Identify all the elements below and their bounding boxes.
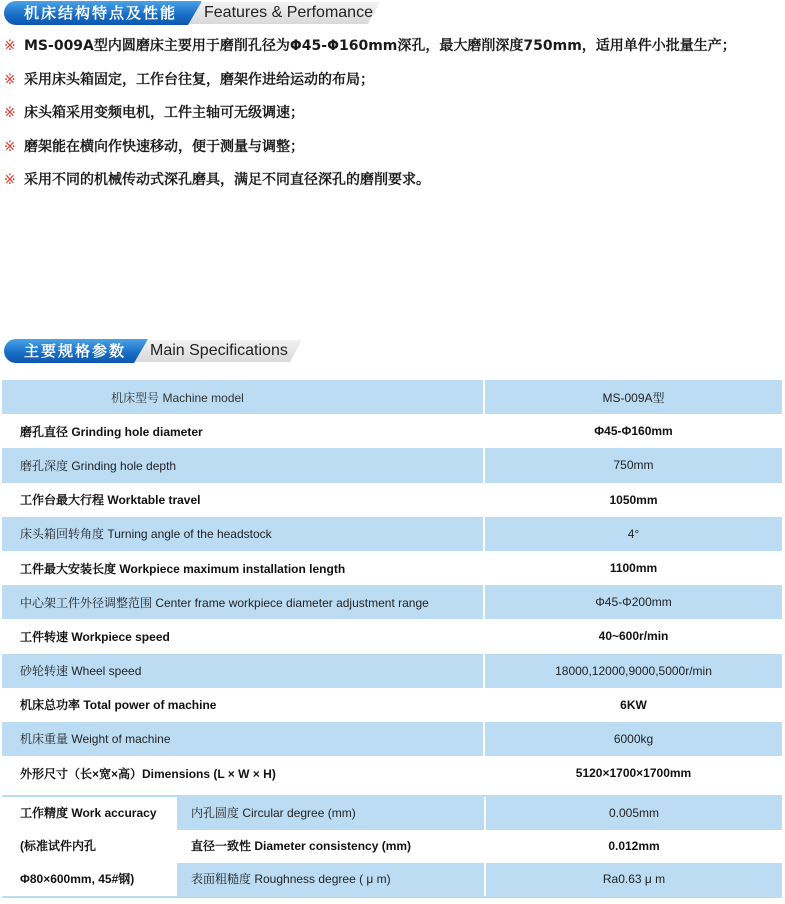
accuracy-rows: 内孔圆度 Circular degree (mm) 0.005mm 直径一致性 … (177, 797, 782, 896)
table-row: 机床总功率 Total power of machine 6KW (2, 688, 782, 722)
spec-value: 1050mm (484, 483, 782, 517)
accuracy-label: 表面粗糙度 Roughness degree ( μ m) (177, 863, 484, 896)
bullet-mark-icon: ※ (0, 35, 24, 57)
accuracy-value: Ra0.63 μ m (484, 863, 782, 896)
accuracy-value: 0.005mm (484, 797, 782, 830)
work-accuracy-label: 工作精度 Work accuracy (标准试件内孔 Φ80×600mm, 45… (2, 797, 177, 896)
features-list: ※ MS-009A型内圆磨床主要用于磨削孔径为Φ45-Φ160mm深孔，最大磨削… (0, 35, 785, 203)
accuracy-group-line: Φ80×600mm, 45#钢) (2, 863, 177, 896)
feature-text: 采用床头箱固定，工作台往复，磨架作进给运动的布局； (24, 69, 374, 91)
spec-label: 机床总功率 Total power of machine (2, 688, 484, 722)
features-title-en: Features & Perfomance (180, 2, 380, 24)
feature-item: ※ 采用不同的机械传动式深孔磨具，满足不同直径深孔的磨削要求。 (0, 169, 785, 203)
feature-text: 磨架能在横向作快速移动，便于测量与调整； (24, 136, 304, 158)
bullet-mark-icon: ※ (0, 169, 24, 191)
table-row: 直径一致性 Diameter consistency (mm) 0.012mm (177, 830, 782, 863)
spec-label: 砂轮转速 Wheel speed (2, 654, 484, 688)
features-section-header: Features & Perfomance 机床结构特点及性能 (0, 0, 400, 26)
spec-label: 磨孔直径 Grinding hole diameter (2, 414, 484, 448)
table-row: 内孔圆度 Circular degree (mm) 0.005mm (177, 797, 782, 830)
table-row: 工件转速 Workpiece speed 40~600r/min (2, 619, 782, 653)
spec-value: 1100mm (484, 551, 782, 585)
feature-text: 采用不同的机械传动式深孔磨具，满足不同直径深孔的磨削要求。 (24, 169, 430, 191)
specs-section-header: Main Specifications 主要规格参数 (0, 338, 400, 364)
accuracy-group-line: 工作精度 Work accuracy (2, 797, 177, 830)
specs-title-en: Main Specifications (126, 340, 302, 362)
spec-value: 18000,12000,9000,5000r/min (484, 654, 782, 688)
table-row: 工件最大安装长度 Workpiece maximum installation … (2, 551, 782, 585)
bullet-mark-icon: ※ (0, 136, 24, 158)
feature-item: ※ 床头箱采用变频电机，工件主轴可无级调速； (0, 102, 785, 136)
table-row: 砂轮转速 Wheel speed 18000,12000,9000,5000r/… (2, 654, 782, 688)
spec-value: Φ45-Φ200mm (484, 585, 782, 619)
accuracy-value: 0.012mm (484, 830, 782, 863)
spec-value: 4° (484, 517, 782, 551)
spec-value: 750mm (484, 448, 782, 482)
accuracy-label: 内孔圆度 Circular degree (mm) (177, 797, 484, 830)
feature-item: ※ 采用床头箱固定，工作台往复，磨架作进给运动的布局； (0, 69, 785, 103)
header-label: 机床型号 Machine model (2, 380, 484, 414)
spec-label: 床头箱回转角度 Turning angle of the headstock (2, 517, 484, 551)
spec-label: 外形尺寸（长×宽×高）Dimensions (L × W × H) (2, 756, 484, 790)
table-row: 磨孔深度 Grinding hole depth 750mm (2, 448, 782, 482)
table-row: 磨孔直径 Grinding hole diameter Φ45-Φ160mm (2, 414, 782, 448)
spec-label: 中心架工件外径调整范围 Center frame workpiece diame… (2, 585, 484, 619)
spec-label: 工作台最大行程 Worktable travel (2, 483, 484, 517)
table-row: 表面粗糙度 Roughness degree ( μ m) Ra0.63 μ m (177, 863, 782, 896)
accuracy-label: 直径一致性 Diameter consistency (mm) (177, 830, 484, 863)
work-accuracy-group: 工作精度 Work accuracy (标准试件内孔 Φ80×600mm, 45… (2, 795, 782, 898)
bullet-mark-icon: ※ (0, 69, 24, 91)
accuracy-group-line: (标准试件内孔 (2, 830, 177, 863)
spec-label: 磨孔深度 Grinding hole depth (2, 448, 484, 482)
spec-value: 5120×1700×1700mm (484, 756, 782, 790)
table-header-row: 机床型号 Machine model MS-009A型 (2, 380, 782, 414)
feature-text: MS-009A型内圆磨床主要用于磨削孔径为Φ45-Φ160mm深孔，最大磨削深度… (24, 35, 736, 57)
spec-value: Φ45-Φ160mm (484, 414, 782, 448)
table-row: 机床重量 Weight of machine 6000kg (2, 722, 782, 756)
table-row: 外形尺寸（长×宽×高）Dimensions (L × W × H) 5120×1… (2, 756, 782, 790)
spec-label: 工件最大安装长度 Workpiece maximum installation … (2, 551, 484, 585)
table-row: 中心架工件外径调整范围 Center frame workpiece diame… (2, 585, 782, 619)
specs-title-cn: 主要规格参数 (4, 339, 148, 363)
header-value: MS-009A型 (484, 380, 782, 414)
spec-label: 工件转速 Workpiece speed (2, 619, 484, 653)
spec-label: 机床重量 Weight of machine (2, 722, 484, 756)
spec-value: 40~600r/min (484, 619, 782, 653)
spec-value: 6000kg (484, 722, 782, 756)
features-title-cn: 机床结构特点及性能 (4, 1, 202, 25)
bullet-mark-icon: ※ (0, 102, 24, 124)
feature-item: ※ 磨架能在横向作快速移动，便于测量与调整； (0, 136, 785, 170)
table-row: 床头箱回转角度 Turning angle of the headstock 4… (2, 517, 782, 551)
feature-item: ※ MS-009A型内圆磨床主要用于磨削孔径为Φ45-Φ160mm深孔，最大磨削… (0, 35, 785, 69)
table-row: 工作台最大行程 Worktable travel 1050mm (2, 483, 782, 517)
specs-table: 机床型号 Machine model MS-009A型 磨孔直径 Grindin… (2, 380, 782, 790)
feature-text: 床头箱采用变频电机，工件主轴可无级调速； (24, 102, 304, 124)
spec-value: 6KW (484, 688, 782, 722)
